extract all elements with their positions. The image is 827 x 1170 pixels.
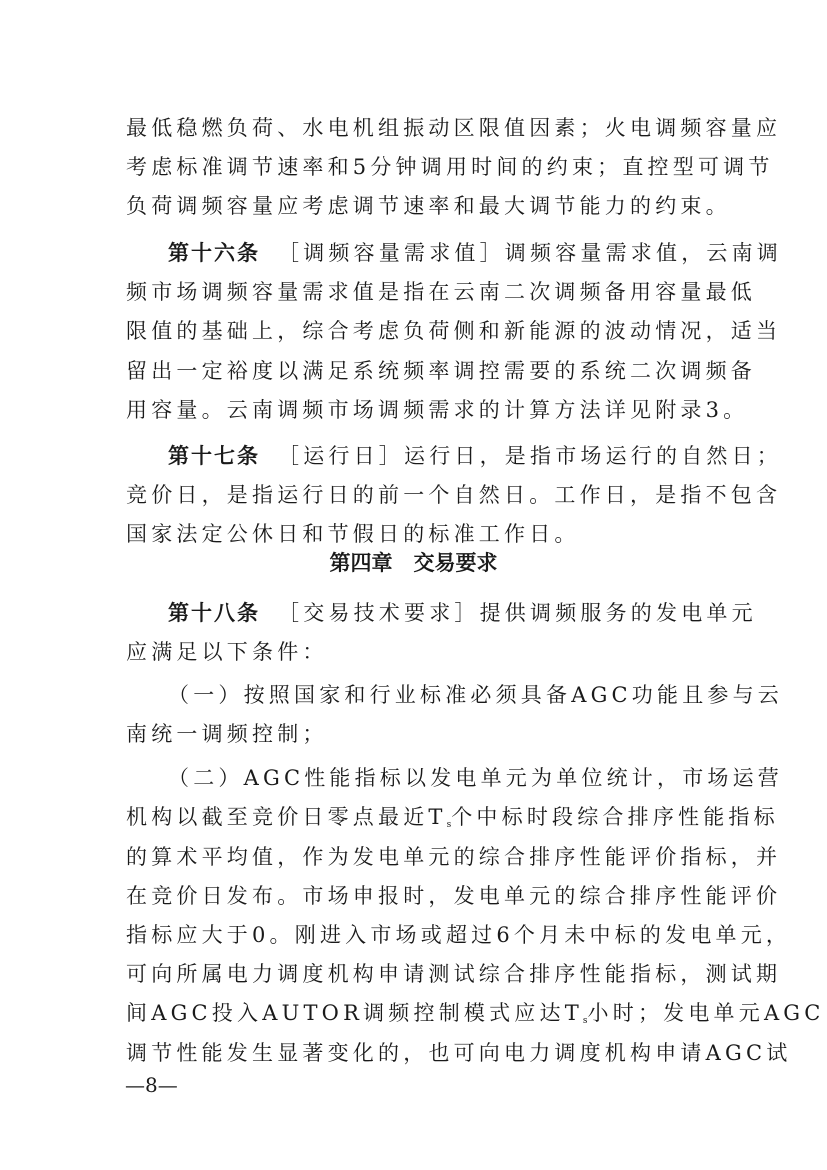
article-17-first-line: 第十七条［运行日］运行日，是指市场运行的自然日； xyxy=(168,443,706,469)
document-page: 最低稳燃负荷、水电机组振动区限值因素；火电调频容量应 考虑标准调节速率和5分钟调… xyxy=(0,0,827,1170)
text-line: 用容量。云南调频市场调频需求的计算方法详见附录3。 xyxy=(126,397,706,423)
article-16-text: ［调频容量需求值］调频容量需求值，云南调 xyxy=(278,241,782,265)
text-line: 最低稳燃负荷、水电机组振动区限值因素；火电调频容量应 xyxy=(126,115,706,141)
text-line: 的算术平均值，作为发电单元的综合排序性能评价指标，并 xyxy=(126,844,706,870)
item-1-line: （一）按照国家和行业标准必须具备AGC功能且参与云 xyxy=(168,682,706,708)
text-line: 机构以截至竞价日零点最近Ts个中标时段综合排序性能指标 xyxy=(126,804,706,838)
text-line: 负荷调频容量应考虑调节速率和最大调节能力的约束。 xyxy=(126,193,706,219)
article-18-label: 第十八条 xyxy=(168,601,260,625)
chapter-heading: 第四章 交易要求 xyxy=(0,550,827,576)
item-2-line: （二）AGC性能指标以发电单元为单位统计，市场运营 xyxy=(168,765,706,791)
text-line: 限值的基础上，综合考虑负荷侧和新能源的波动情况，适当 xyxy=(126,318,706,344)
text-line: 国家法定公休日和节假日的标准工作日。 xyxy=(126,521,706,547)
text-line: 考虑标准调节速率和5分钟调用时间的约束；直控型可调节 xyxy=(126,154,706,180)
text-line: 竞价日，是指运行日的前一个自然日。工作日，是指不包含 xyxy=(126,482,706,508)
text-line: 可向所属电力调度机构申请测试综合排序性能指标，测试期 xyxy=(126,961,706,987)
article-17-text: ［运行日］运行日，是指市场运行的自然日； xyxy=(278,444,782,468)
text-line: 调节性能发生显著变化的，也可向电力调度机构申请AGC试 xyxy=(126,1040,706,1066)
article-18-text: ［交易技术要求］提供调频服务的发电单元 xyxy=(278,601,757,625)
article-16-first-line: 第十六条［调频容量需求值］调频容量需求值，云南调 xyxy=(168,240,706,266)
text-line: 频市场调频容量需求值是指在云南二次调频备用容量最低 xyxy=(126,279,706,305)
article-18-first-line: 第十八条［交易技术要求］提供调频服务的发电单元 xyxy=(168,600,706,626)
page-number: —8— xyxy=(125,1072,178,1098)
text-line: 间AGC投入AUTOR调频控制模式应达Ts小时；发电单元AGC xyxy=(126,1000,706,1034)
text-line: 应满足以下条件： xyxy=(126,639,706,665)
text-line: 在竞价日发布。市场申报时，发电单元的综合排序性能评价 xyxy=(126,883,706,909)
text-line: 南统一调频控制； xyxy=(126,721,706,747)
article-16-label: 第十六条 xyxy=(168,241,260,265)
text-line: 留出一定裕度以满足系统频率调控需要的系统二次调频备 xyxy=(126,358,706,384)
text-line: 指标应大于0。刚进入市场或超过6个月未中标的发电单元， xyxy=(126,922,706,948)
article-17-label: 第十七条 xyxy=(168,444,260,468)
